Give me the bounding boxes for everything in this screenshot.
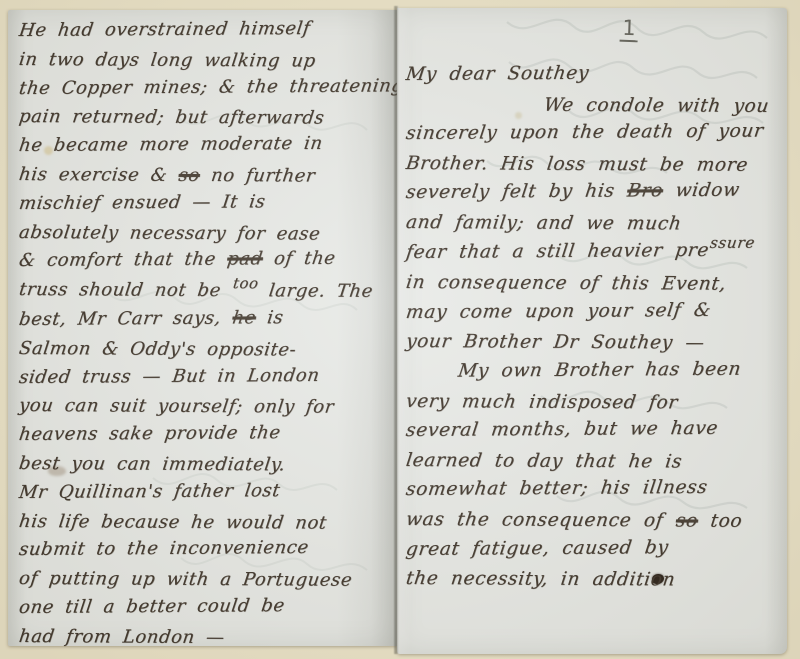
handwriting-segment: too — [232, 275, 260, 292]
handwritten-line: & comfort that the pad of the — [17, 245, 399, 276]
handwriting-segment: truss should not be — [18, 279, 234, 301]
handwriting-segment: widow — [662, 180, 742, 202]
handwritten-line: He had overstrained himself — [17, 14, 399, 45]
handwriting-segment: too — [697, 510, 744, 531]
handwriting-segment: the Copper mines; & the threatening — [18, 75, 405, 99]
handwriting-segment: Bro — [626, 181, 665, 202]
handwriting-segment: is — [255, 307, 285, 328]
handwriting-segment: mischief ensued — It is — [18, 191, 267, 214]
handwritten-line: may come upon your self & — [404, 295, 789, 327]
handwritten-line: fear that a still heavier pressure — [404, 235, 789, 268]
handwriting-segment: somewhat better; his illness — [405, 477, 709, 500]
handwritten-line: submit to the inconvenience — [17, 534, 399, 565]
handwriting-segment: My own Brother has been — [457, 359, 743, 382]
handwriting-segment: of the — [261, 248, 336, 270]
handwriting-segment: several months, but we have — [405, 418, 720, 441]
handwriting-segment: you can suit yourself; only for — [18, 395, 336, 418]
handwriting-segment: submit to the inconvenience — [18, 537, 310, 560]
handwritten-line: had from London — — [17, 623, 398, 654]
handwritten-line: best, Mr Carr says, he is — [17, 303, 399, 334]
handwriting-segment: sided truss — But in London — [18, 364, 321, 387]
handwriting-segment: your Brother Dr Southey — — [405, 331, 706, 354]
handwriting-segment: in two days long walking up — [18, 49, 317, 72]
handwriting-segment: ssure — [709, 233, 756, 251]
right-page-handwriting: My dear SoutheyWe condole with yousincer… — [397, 8, 787, 654]
handwriting-segment: and family; and we much — [405, 212, 683, 234]
handwriting-segment: best you can immediately. — [18, 453, 287, 475]
handwriting-segment: heavens sake provide the — [18, 422, 282, 445]
right-page: 1 My dear SoutheyWe condole with yousinc… — [397, 8, 787, 654]
handwriting-segment: very much indisposed for — [405, 391, 680, 413]
handwriting-segment: We condole with you — [543, 94, 771, 116]
handwriting-segment: his life because he would not — [18, 511, 328, 534]
page-fold-crease — [394, 6, 399, 654]
handwritten-line: Mr Quillinan's father lost — [17, 476, 399, 507]
handwriting-segment: in consequence of this Event, — [405, 272, 728, 295]
handwriting-segment: pad — [226, 249, 264, 270]
handwriting-segment: large. The — [256, 280, 374, 302]
letter-scan-background: He had overstrained himselfin two days l… — [0, 0, 800, 659]
handwriting-segment: & comfort that the — [18, 249, 229, 271]
handwritten-line: sided truss — But in London — [17, 361, 399, 392]
handwriting-segment: Brother. His loss must be more — [405, 153, 750, 176]
handwriting-segment: may come upon your self & — [405, 300, 713, 323]
handwriting-segment: he — [231, 307, 257, 328]
handwriting-segment: Salmon & Oddy's opposite- — [18, 338, 298, 360]
handwriting-segment: one till a better could be — [18, 595, 286, 618]
handwriting-segment: best, Mr Carr says, — [18, 307, 234, 329]
handwriting-segment: learned to day that he is — [405, 450, 684, 472]
handwritten-line: somewhat better; his illness — [404, 473, 789, 505]
handwriting-segment: the necessity, in addition — [405, 568, 677, 590]
handwriting-segment: absolutely necessary for ease — [18, 222, 322, 245]
handwriting-segment: fear that a still heavier pre — [405, 239, 711, 262]
handwriting-segment: great fatigue, caused by — [405, 537, 670, 560]
handwriting-segment: severely felt by his — [405, 181, 629, 204]
handwritten-line: he became more moderate in — [17, 130, 399, 161]
handwritten-line: the Copper mines; & the threatening — [17, 72, 399, 103]
handwriting-segment: My dear Southey — [405, 63, 591, 85]
handwriting-segment: pain returned; but afterwards — [18, 106, 326, 129]
handwriting-segment: he became more moderate in — [18, 133, 324, 156]
handwriting-segment: so — [177, 165, 201, 186]
handwritten-line: severely felt by his Bro widow — [404, 176, 789, 208]
handwritten-line: My own Brother has been — [404, 354, 789, 386]
handwriting-segment: so — [675, 510, 700, 531]
handwriting-segment: was the consequence of — [405, 509, 678, 531]
handwriting-segment: sincerely upon the death of your — [405, 121, 765, 144]
handwritten-line: the necessity, in addition — [404, 564, 789, 596]
handwriting-segment: no further — [198, 165, 316, 187]
handwritten-line: several months, but we have — [404, 413, 789, 445]
handwriting-segment: of putting up with a Portuguese — [18, 568, 354, 591]
handwritten-line: My dear Southey — [404, 57, 789, 89]
handwritten-line: mischief ensued — It is — [17, 187, 399, 218]
handwritten-line: heavens sake provide the — [17, 419, 399, 450]
handwritten-line: sincerely upon the death of your — [404, 117, 789, 149]
left-page-handwriting: He had overstrained himselfin two days l… — [8, 10, 397, 646]
left-page: He had overstrained himselfin two days l… — [8, 10, 397, 646]
handwriting-segment: He had overstrained himself — [18, 18, 312, 41]
handwriting-segment: Mr Quillinan's father lost — [18, 480, 282, 503]
handwriting-segment: had from London — — [18, 626, 226, 648]
handwriting-segment: his exercise & — [18, 164, 180, 186]
handwritten-line: great fatigue, caused by — [404, 532, 789, 564]
handwritten-line: one till a better could be — [17, 591, 399, 622]
